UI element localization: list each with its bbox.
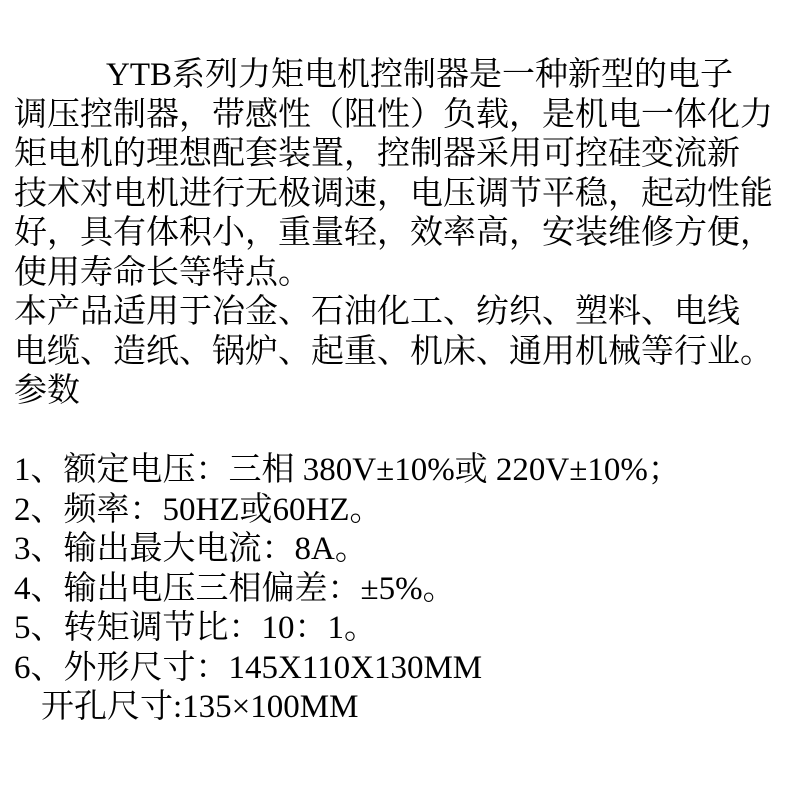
applications-line-2: 电缆、造纸、锅炉、起重、机床、通用机械等行业。 [14, 333, 794, 373]
spec-item-6-cutout-dimensions: 开孔尺寸:135×100MM [14, 688, 794, 728]
spec-item-1-rated-voltage: 1、额定电压：三相 380V±10%或 220V±10%； [14, 451, 794, 491]
spec-item-3-max-output-current: 3、输出最大电流：8A。 [14, 530, 794, 570]
intro-line-1: YTB系列力矩电机控制器是一种新型的电子 [14, 56, 794, 96]
applications-line-1: 本产品适用于冶金、石油化工、纺织、塑料、电线 [14, 293, 794, 333]
document-page: YTB系列力矩电机控制器是一种新型的电子 调压控制器，带感性（阻性）负载，是机电… [0, 0, 800, 800]
spec-item-5-torque-ratio: 5、转矩调节比：10：1。 [14, 609, 794, 649]
intro-line-5: 好，具有体积小，重量轻，效率高，安装维修方便， [14, 214, 794, 254]
intro-line-3: 矩电机的理想配套装置，控制器采用可控硅变流新 [14, 135, 794, 175]
intro-line-4: 技术对电机进行无极调速，电压调节平稳，起动性能 [14, 175, 794, 215]
spec-item-6-outline-dimensions: 6、外形尺寸：145X110X130MM [14, 649, 794, 689]
params-heading: 参数 [14, 372, 794, 412]
intro-line-2: 调压控制器，带感性（阻性）负载，是机电一体化力 [14, 96, 794, 136]
spec-item-2-frequency: 2、频率：50HZ或60HZ。 [14, 491, 794, 531]
spec-item-4-voltage-deviation: 4、输出电压三相偏差：±5%。 [14, 570, 794, 610]
intro-line-6: 使用寿命长等特点。 [14, 254, 794, 294]
blank-line [14, 412, 794, 452]
